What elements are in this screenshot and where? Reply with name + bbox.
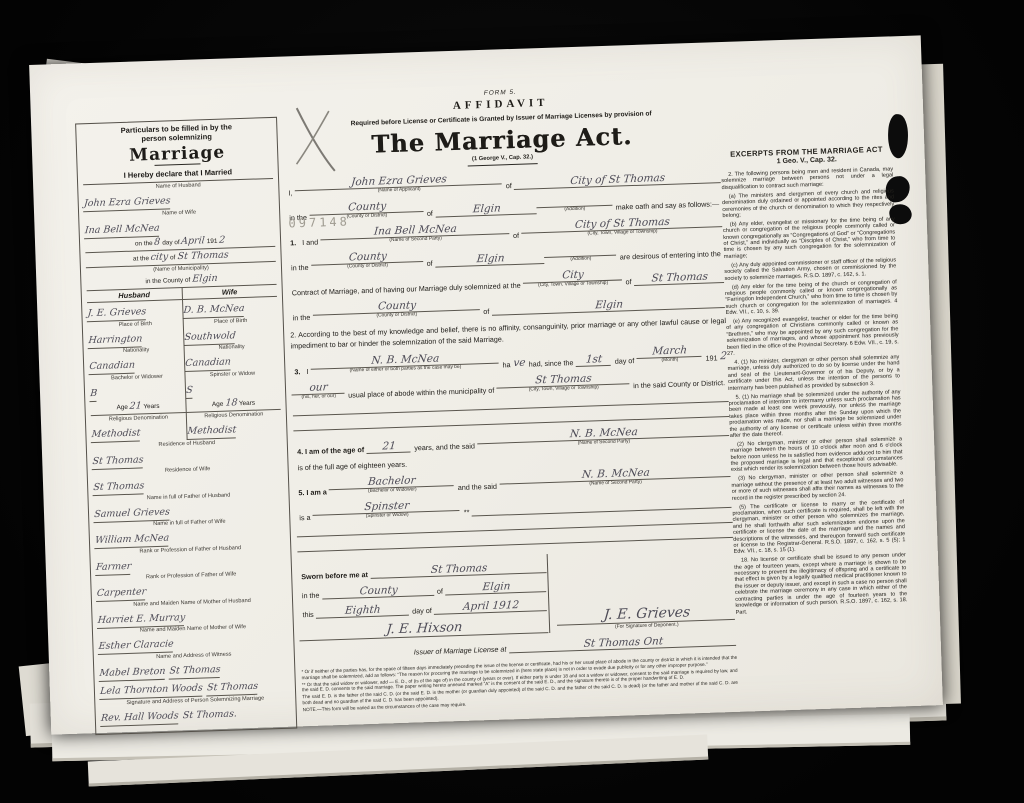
- handwritten-county-name: Elgin: [435, 252, 545, 268]
- abode-name-blank: N. B. McNea (Name of either or both part…: [311, 352, 500, 376]
- printed-text: in the: [288, 263, 312, 273]
- handwritten-age: 21: [367, 440, 412, 454]
- field-caption: Religious Denomination: [187, 410, 281, 421]
- handwritten-husband-birthplace: Harrington: [88, 333, 143, 348]
- printed-text: at the: [133, 255, 149, 263]
- addition-blank: (Addition): [536, 194, 612, 215]
- handwritten-wife-surname: D. B. McNea: [183, 303, 245, 319]
- printed-text: had, since the: [525, 358, 576, 369]
- deponent-signature-block: J. E. Grieves (For Signature of Deponent…: [546, 548, 736, 633]
- second-party-blank: N. B. McNea (Name of Second Party): [477, 424, 730, 450]
- age-blank: 21: [367, 441, 411, 454]
- handwritten-abode-day: 1st: [576, 354, 612, 367]
- handwritten-county-name: Elgin: [435, 202, 537, 217]
- handwritten-applicant-place: City of St Thomas: [514, 171, 722, 190]
- printed-text: Years: [143, 403, 159, 411]
- printed-text: of: [423, 259, 435, 268]
- handwritten-county: Elgin: [191, 272, 217, 286]
- handwritten-wife-birthplace: Southwold: [184, 330, 236, 345]
- handwritten-county: County: [311, 250, 424, 266]
- printed-text: 4. I am of the age of: [294, 445, 367, 456]
- blank-caption: (his, her, or our): [301, 394, 336, 401]
- blank-caption: (Month): [661, 358, 678, 365]
- handwritten-month: April: [181, 234, 206, 248]
- handwritten-father-husband: Samuel Grieves: [94, 506, 171, 522]
- printed-text: in the: [290, 313, 314, 323]
- handwritten-wife-status: S: [185, 384, 193, 398]
- left-panel-particulars: Particulars to be filled in by the perso…: [75, 117, 297, 735]
- sworn-town-blank: St Thomas: [371, 561, 547, 579]
- printed-text: day of: [409, 606, 435, 616]
- handwritten-place-type: city: [150, 250, 169, 264]
- handwritten-mother-husband: Harriet E. Murray: [97, 612, 186, 628]
- handwritten-residence-husband: St Thomas: [92, 454, 144, 469]
- handwritten-ve: ve: [513, 358, 526, 369]
- excerpt-paragraph: 2. The following persons being men and r…: [721, 166, 894, 191]
- handwritten-husband-religion: Methodist: [91, 427, 141, 442]
- sworn-county-blank: County: [322, 584, 434, 600]
- excerpt-paragraph: (a) The ministers and clergymen of every…: [722, 188, 895, 219]
- printed-text: this: [299, 610, 316, 620]
- marriage-town-blank: St Thomas: [634, 271, 724, 286]
- sworn-line-3: this Eighth day of April 1912: [299, 599, 548, 619]
- excerpt-paragraph: (5) The certificate or license to marry …: [732, 499, 906, 556]
- printed-text: and the said: [455, 482, 500, 492]
- handwritten-witness1-address: St Thomas: [169, 663, 221, 678]
- rule: [468, 163, 538, 166]
- printed-text: 191: [702, 353, 720, 363]
- handwritten-rank-father-husband: Farmer: [95, 560, 132, 575]
- county-blank: County (County or District): [313, 298, 481, 322]
- handwritten-wife-age: 18: [225, 396, 238, 409]
- handwritten-solemnizer-address: St Thomas.: [182, 708, 237, 722]
- printed-text: in the County of: [145, 277, 190, 285]
- applicant-place-blank: City of St Thomas: [515, 171, 722, 190]
- handwritten-county-name: Elgin: [492, 296, 726, 316]
- issuer-town-blank: St Thomas Ont: [509, 634, 737, 654]
- abode-day-blank: 1st: [576, 354, 612, 367]
- document-scan: Particulars to be filled in by the perso…: [29, 35, 943, 734]
- excerpt-paragraph: (c) Any duly appointed commissioner or s…: [724, 257, 897, 282]
- issuer-signature-blank: J. E. Hixson: [300, 618, 549, 641]
- printed-text: Contract of Marriage, and of having our …: [289, 281, 524, 298]
- handwritten-husband-name: John Ezra Grieves: [83, 195, 171, 211]
- handwritten-blank: [536, 194, 613, 209]
- form-footnotes: * Or if neither of the parties has, for …: [301, 655, 738, 713]
- sworn-line-1: Sworn before me at St Thomas: [298, 561, 547, 581]
- printed-text: are desirous of entering into the: [617, 249, 724, 262]
- handwritten-solemnizer-name: Rev. Hall Woods: [100, 710, 179, 726]
- handwritten-abode-town: St Thomas: [497, 372, 631, 388]
- handwritten-wife-name: Ina Bell McNea: [84, 222, 160, 238]
- printed-text: 5. I am a: [295, 487, 330, 497]
- blank-caption: (Addition): [564, 207, 585, 214]
- marriage-place-blank: City (City, Town, Village or Township): [523, 268, 622, 289]
- printed-text: is of the full age of eighteen years.: [294, 460, 410, 473]
- excerpt-paragraph: 18. No license or certificate shall be i…: [734, 552, 908, 615]
- sworn-day-blank: Eighth: [316, 604, 409, 619]
- handwritten-bachelor: Bachelor: [329, 474, 455, 490]
- excerpt-paragraph: 4. (1) No minister, clergyman or other p…: [727, 354, 900, 392]
- printed-text: Years: [239, 400, 255, 408]
- printed-text: of: [424, 209, 436, 218]
- handwritten-sworn-county: County: [322, 584, 435, 600]
- sworn-county-name-blank: Elgin: [446, 580, 548, 595]
- handwritten-marriage-town: St Thomas: [634, 271, 725, 286]
- abode-month-blank: March (Month): [637, 345, 703, 365]
- excerpt-paragraph: (3) No clergyman, minister or other pers…: [731, 471, 904, 502]
- field-caption: Religious Denomination: [91, 413, 186, 424]
- scanner-background: Particulars to be filled in by the perso…: [0, 0, 1024, 803]
- clause-number: 3.: [291, 367, 303, 376]
- issuer-signature-line: J. E. Hixson: [300, 618, 549, 641]
- second-party-blank: N. B. McNea (Name of Second Party): [499, 465, 731, 491]
- sworn-line-2: in the County of Elgin: [299, 580, 548, 600]
- excerpt-paragraph: (e) Any recognized evangelist, teacher o…: [726, 313, 899, 357]
- printed-text: make oath and say as follows:—: [613, 199, 723, 212]
- handwritten-sworn-day: Eighth: [316, 604, 410, 619]
- county-blank: County (County or District): [311, 250, 424, 272]
- handwritten-issuer-town: St Thomas Ont: [509, 634, 737, 654]
- issuer-line: Issuer of Marriage License at St Thomas …: [411, 634, 737, 657]
- handwritten-husband-surname: J. E. Grieves: [87, 306, 147, 321]
- left-panel-title: Marriage: [82, 141, 273, 167]
- excerpts-panel: EXCERPTS FROM THE MARRIAGE ACT 1 Geo. V.…: [720, 144, 907, 618]
- printed-text: ha: [499, 360, 513, 369]
- sworn-month-blank: April 1912: [435, 599, 549, 615]
- printed-text: 191: [207, 238, 218, 245]
- excerpt-paragraph: 5. (1) No marriage shall be solemnized u…: [728, 389, 901, 440]
- excerpts-body: 2. The following persons being men and r…: [721, 166, 908, 615]
- handwritten-sworn-town: St Thomas: [370, 561, 547, 579]
- handwritten-witness1-name: Mabel Breton: [99, 665, 166, 681]
- handwritten-husband-nationality: Canadian: [89, 360, 136, 375]
- printed-text: I and: [299, 237, 321, 247]
- addition-blank: (Addition): [544, 244, 616, 264]
- handwritten-issuer-signature: J. E. Hixson: [299, 618, 549, 641]
- handwritten-wife-nationality: Canadian: [185, 356, 232, 371]
- printed-text: Age: [116, 404, 128, 411]
- affidavit-form: 097148 FORM 5. AFFIDAVIT Required before…: [282, 82, 738, 714]
- handwritten-sworn-month-year: April 1912: [434, 599, 548, 615]
- handwritten-spinster: Spinster: [313, 499, 461, 516]
- handwritten-blank: [544, 244, 617, 258]
- handwritten-day: 8: [154, 236, 161, 249]
- handwritten-wife-religion: Methodist: [187, 424, 237, 439]
- county-name-blank: Elgin: [436, 202, 537, 217]
- printed-text: in the: [299, 591, 323, 601]
- second-party-place-blank: City of St Thomas (City, Town, Village o…: [522, 215, 724, 240]
- county-name-blank: Elgin: [492, 296, 726, 316]
- handwritten-county: County: [309, 200, 424, 216]
- handwritten-mother-wife: Esther Claracie: [98, 638, 174, 654]
- handwritten-municipality: St Thomas: [177, 248, 229, 263]
- printed-text: Issuer of Marriage License at: [411, 644, 510, 656]
- printed-text: of: [170, 254, 176, 261]
- handwritten-sworn-county-name: Elgin: [445, 580, 547, 595]
- printed-text: of: [480, 307, 492, 316]
- applicant-name-blank: John Ezra Grieves (Name of Applicant): [295, 172, 503, 197]
- sworn-section: Sworn before me at St Thomas in the Coun…: [298, 548, 736, 641]
- handwritten-rank-father-wife: Carpenter: [96, 586, 146, 601]
- handwritten-father-wife: William McNea: [94, 533, 169, 549]
- county-name-blank: Elgin: [435, 252, 545, 268]
- sworn-left-column: Sworn before me at St Thomas in the Coun…: [298, 554, 549, 641]
- printed-text: day of: [612, 356, 638, 366]
- printed-text: Sworn before me at: [298, 570, 371, 581]
- printed-text: Age: [212, 401, 224, 408]
- bachelor-blank: Bachelor (Bachelor or Widower): [329, 474, 455, 496]
- printed-text: years, and the said: [411, 441, 478, 452]
- handwritten-pronoun: our: [292, 382, 346, 396]
- excerpt-paragraph: (2) No clergyman, minister or other pers…: [730, 436, 903, 474]
- printed-text: is a: [296, 513, 313, 523]
- blank-caption: (Addition): [570, 256, 591, 263]
- handwritten-abode-month: March: [637, 345, 703, 359]
- excerpt-paragraph: (b) Any elder, evangelist or missionary …: [723, 216, 896, 260]
- handwritten-witness2-address: St Thomas: [206, 681, 258, 696]
- printed-text: of: [622, 277, 634, 286]
- handwritten-husband-status: B: [89, 387, 97, 401]
- printed-text: on the: [135, 240, 153, 248]
- clause-number: 1.: [287, 238, 299, 247]
- pronoun-blank: our (his, her, or our): [292, 382, 345, 402]
- handwritten-year-digit: 2: [219, 234, 226, 247]
- printed-text: day of: [162, 239, 180, 247]
- handwritten-residence-wife: St Thomas: [93, 480, 145, 495]
- excerpt-paragraph: (d) Any elder for the time being of the …: [725, 279, 898, 317]
- handwritten-husband-age: 21: [129, 399, 142, 412]
